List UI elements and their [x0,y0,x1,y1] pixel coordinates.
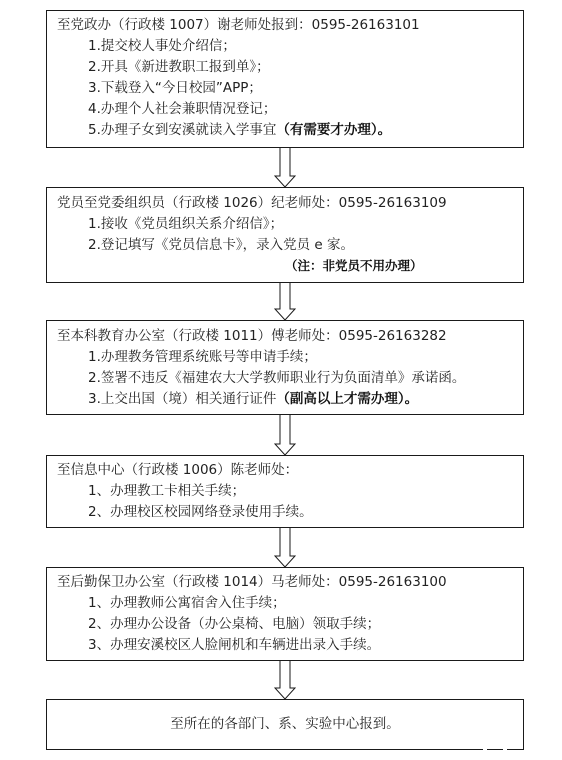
step-4-heading: 至信息中心（行政楼 1006）陈老师处： [57,460,298,480]
step-1-box: 至党政办（行政楼 1007）谢老师处报到：0595-26163101 1.提交校… [46,10,524,148]
step-6-heading: 至所在的各部门、系、实验中心报到。 [47,714,523,734]
step-4-item-2: 2、办理校区校园网络登录使用手续。 [88,502,313,522]
step-2-heading: 党员至党委组织员（行政楼 1026）纪老师处：0595-26163109 [57,193,447,213]
step-3-heading: 至本科教育办公室（行政楼 1011）傅老师处：0595-26163282 [57,326,447,346]
step-4-box: 至信息中心（行政楼 1006）陈老师处： 1、办理教工卡相关手续； 2、办理校区… [46,455,524,528]
step-1-item-3: 3.下载登入“今日校园”APP； [88,78,262,98]
down-arrow-icon [274,415,296,456]
down-arrow-icon [274,661,296,700]
step-3-item-3: 3.上交出国（境）相关通行证件（副高以上才需办理）。 [88,389,418,409]
step-5-heading: 至后勤保卫办公室（行政楼 1014）马老师处：0595-26163100 [57,572,447,592]
step-1-item-5: 5.办理子女到安溪就读入学事宜（有需要才办理）。 [88,120,391,140]
step-1-item-2: 2.开具《新进教职工报到单》； [88,57,270,77]
down-arrow-icon [274,148,296,188]
watermark-gap [483,748,487,751]
step-3-item-3-text: 3.上交出国（境）相关通行证件 [88,391,276,407]
down-arrow-icon [274,283,296,321]
step-5-box: 至后勤保卫办公室（行政楼 1014）马老师处：0595-26163100 1、办… [46,567,524,661]
step-2-item-1: 1.接收《党员组织关系介绍信》； [88,214,283,234]
step-3-item-2: 2.签署不违反《福建农大大学教师职业行为负面清单》承诺函。 [88,368,465,388]
step-1-item-5-note: （有需要才办理）。 [276,122,391,138]
step-6-box: 至所在的各部门、系、实验中心报到。 [46,699,524,750]
step-2-note: （注：非党员不用办理） [285,256,423,276]
step-1-item-5-text: 5.办理子女到安溪就读入学事宜 [88,122,276,138]
step-5-item-2: 2、办理办公设备（办公桌椅、电脑）领取手续； [88,614,380,634]
step-4-item-1: 1、办理教工卡相关手续； [88,481,245,501]
down-arrow-icon [274,528,296,568]
step-1-item-4: 4.办理个人社会兼职情况登记； [88,99,276,119]
step-5-item-3: 3、办理安溪校区人脸闸机和车辆进出录入手续。 [88,635,380,655]
step-1-item-1: 1.提交校人事处介绍信； [88,36,236,56]
step-3-item-3-note: （副高以上才需办理）。 [276,391,418,407]
watermark-gap [503,748,507,751]
step-3-box: 至本科教育办公室（行政楼 1011）傅老师处：0595-26163282 1.办… [46,320,524,415]
step-2-item-2: 2.登记填写《党员信息卡》，录入党员 e 家。 [88,235,354,255]
step-3-item-1: 1.办理教务管理系统账号等申请手续； [88,347,317,367]
step-2-box: 党员至党委组织员（行政楼 1026）纪老师处：0595-26163109 1.接… [46,187,524,283]
step-1-heading: 至党政办（行政楼 1007）谢老师处报到：0595-26163101 [57,15,420,35]
step-5-item-1: 1、办理教师公寓宿舍入住手续； [88,593,286,613]
